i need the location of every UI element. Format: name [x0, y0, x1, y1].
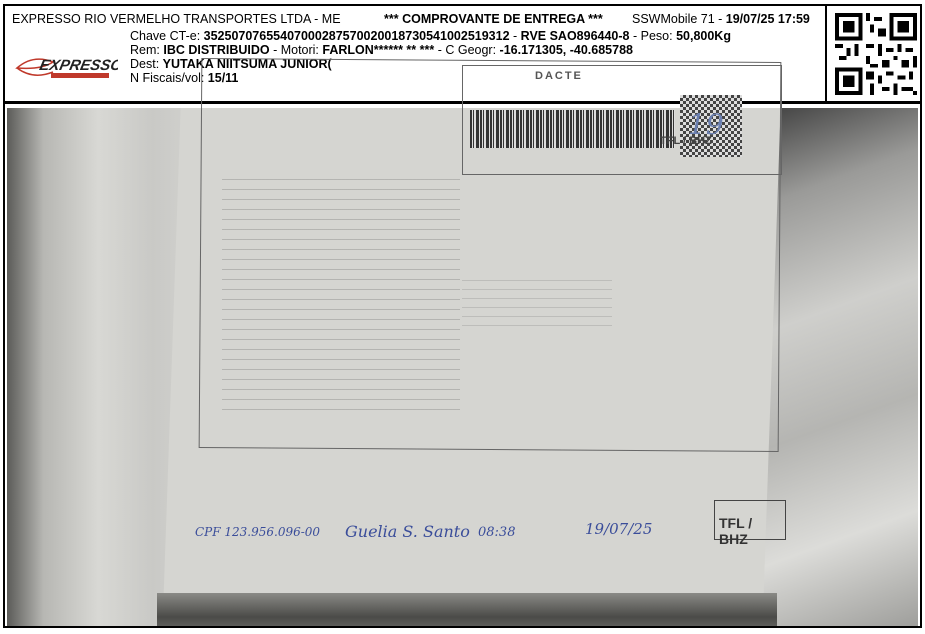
motori-value: FARLON****** ** ***: [322, 43, 434, 57]
system-datetime: 19/07/25 17:59: [726, 12, 810, 26]
handwritten-date: 19/07/25: [585, 520, 652, 538]
dacte-title: DACTE: [535, 70, 583, 82]
motori-label: - Motori:: [270, 43, 323, 57]
rem-value: IBC DISTRIBUIDO: [163, 43, 269, 57]
rve-value: RVE SAO896440-8: [521, 29, 630, 43]
handwritten-number: 19: [688, 108, 724, 141]
dest-label: Dest:: [130, 57, 163, 71]
nfiscais-label: N Fiscais/vol:: [130, 71, 208, 85]
peso-value: 50,800Kg: [676, 29, 731, 43]
chave-label: Chave CT-e:: [130, 29, 204, 43]
form-values: [462, 272, 612, 332]
plastic-bag-bottom: [157, 593, 777, 626]
handwritten-signature: Guelia S. Santo: [345, 522, 470, 541]
header-line-1: EXPRESSO RIO VERMELHO TRANSPORTES LTDA -…: [12, 11, 341, 27]
svg-text:EXPRESSO: EXPRESSO: [38, 57, 118, 74]
system-label: SSWMobile 71 -: [632, 12, 726, 26]
peso-label: - Peso:: [630, 29, 677, 43]
qr-code-icon: [835, 13, 917, 95]
geo-value: -16.171305, -40.685788: [500, 43, 633, 57]
handwritten-cpf: CPF 123.956.096-00: [195, 525, 320, 539]
qr-cell: [825, 6, 920, 104]
system-info: SSWMobile 71 - 19/07/25 17:59: [632, 11, 810, 27]
rem-label: Rem:: [130, 43, 163, 57]
handwritten-time: 08:38: [478, 525, 515, 540]
geo-label: - C Geogr:: [434, 43, 499, 57]
chave-value: 3525070765540700028757002001873054100251…: [204, 29, 510, 43]
document-title: *** COMPROVANTE DE ENTREGA ***: [384, 11, 603, 27]
expresso-logo-icon: EXPRESSO: [13, 50, 118, 86]
stamp-route: TFL / BHZ: [714, 500, 786, 540]
company-name: EXPRESSO RIO VERMELHO TRANSPORTES LTDA -…: [12, 12, 341, 26]
rve-sep: -: [510, 29, 521, 43]
barcode-icon: [470, 110, 675, 148]
form-rows: [222, 170, 460, 410]
